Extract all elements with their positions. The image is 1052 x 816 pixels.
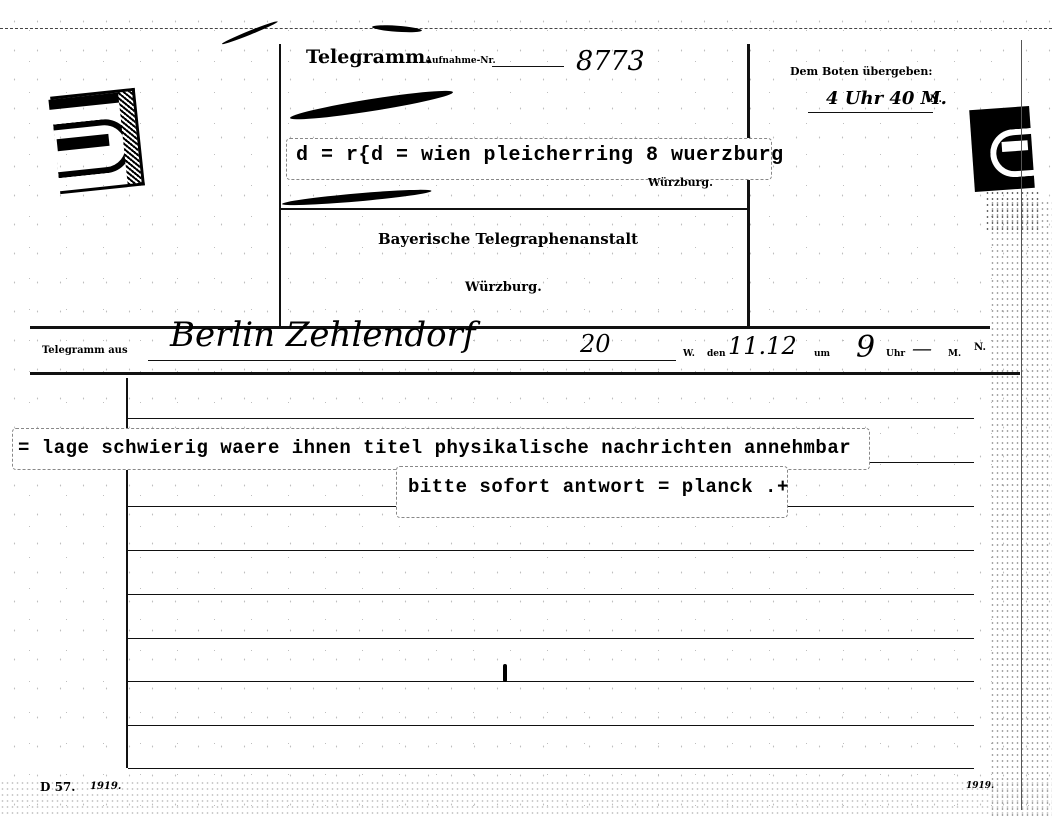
origin-bottom-rule xyxy=(30,372,1020,375)
ruled-line xyxy=(128,725,974,726)
origin-handwritten: Berlin Zehlendorf xyxy=(170,315,475,355)
origin-suffix: N. xyxy=(974,342,986,353)
header-box-left-border xyxy=(279,44,281,329)
paper-noise xyxy=(0,0,1052,816)
ruled-line xyxy=(128,550,974,551)
right-edge-border xyxy=(1021,40,1022,810)
telegram-title: Telegramm. xyxy=(306,46,432,68)
hour-label: Uhr xyxy=(886,349,905,359)
redaction-mark-2 xyxy=(282,187,432,208)
ruled-line xyxy=(128,681,974,682)
form-code: D 57. xyxy=(40,780,75,794)
receipt-number: 8773 xyxy=(576,46,645,77)
ink-mark xyxy=(503,664,507,682)
footer-right-code: 1919. xyxy=(966,781,994,791)
stamp-left xyxy=(50,88,145,194)
number-underline xyxy=(492,66,564,67)
pen-mark-top-left xyxy=(221,20,278,46)
messenger-time: 4 Uhr 40 M. xyxy=(826,88,947,109)
messenger-suffix: N. xyxy=(930,94,942,105)
pen-mark-top-center xyxy=(372,24,422,33)
messenger-underline xyxy=(808,112,933,113)
address-line: d = r{d = wien pleicherring 8 wuerzburg xyxy=(296,144,784,167)
hour-handwritten: 9 xyxy=(856,330,875,365)
stamp-right-smudge xyxy=(985,190,1040,230)
ruled-line xyxy=(128,638,974,639)
form-year: 1919. xyxy=(90,781,121,792)
stamp-right xyxy=(969,106,1035,192)
time-label: um xyxy=(814,349,830,359)
minute-label: M. xyxy=(948,349,961,359)
origin-label: Telegramm aus xyxy=(42,345,128,356)
header-box-divider xyxy=(280,208,748,210)
message-line-2: bitte sofort antwort = planck .+ xyxy=(408,476,789,498)
date-handwritten: 11.12 xyxy=(728,332,797,360)
minute-value: — xyxy=(912,336,932,360)
origin-underline xyxy=(148,360,676,361)
number-label: Aufnahme-Nr. xyxy=(425,56,496,66)
office-name: Bayerische Telegraphenanstalt xyxy=(378,230,638,248)
message-line-1: = lage schwierig waere ihnen titel physi… xyxy=(18,437,851,459)
date-label: den xyxy=(707,349,726,359)
top-fold-line xyxy=(0,28,1052,29)
ruled-line xyxy=(128,768,974,769)
word-count-handwritten: 20 xyxy=(580,330,611,358)
redaction-mark-1 xyxy=(289,86,454,124)
ruled-line xyxy=(128,594,974,595)
words-label: W. xyxy=(683,349,695,359)
ruled-line xyxy=(128,418,974,419)
office-city: Würzburg. xyxy=(465,280,542,295)
messenger-label: Dem Boten übergeben: xyxy=(790,65,932,78)
printed-city-partial: Würzburg. xyxy=(648,176,713,189)
header-box-right-border xyxy=(747,44,750,329)
bottom-edge-wear xyxy=(0,780,1052,816)
